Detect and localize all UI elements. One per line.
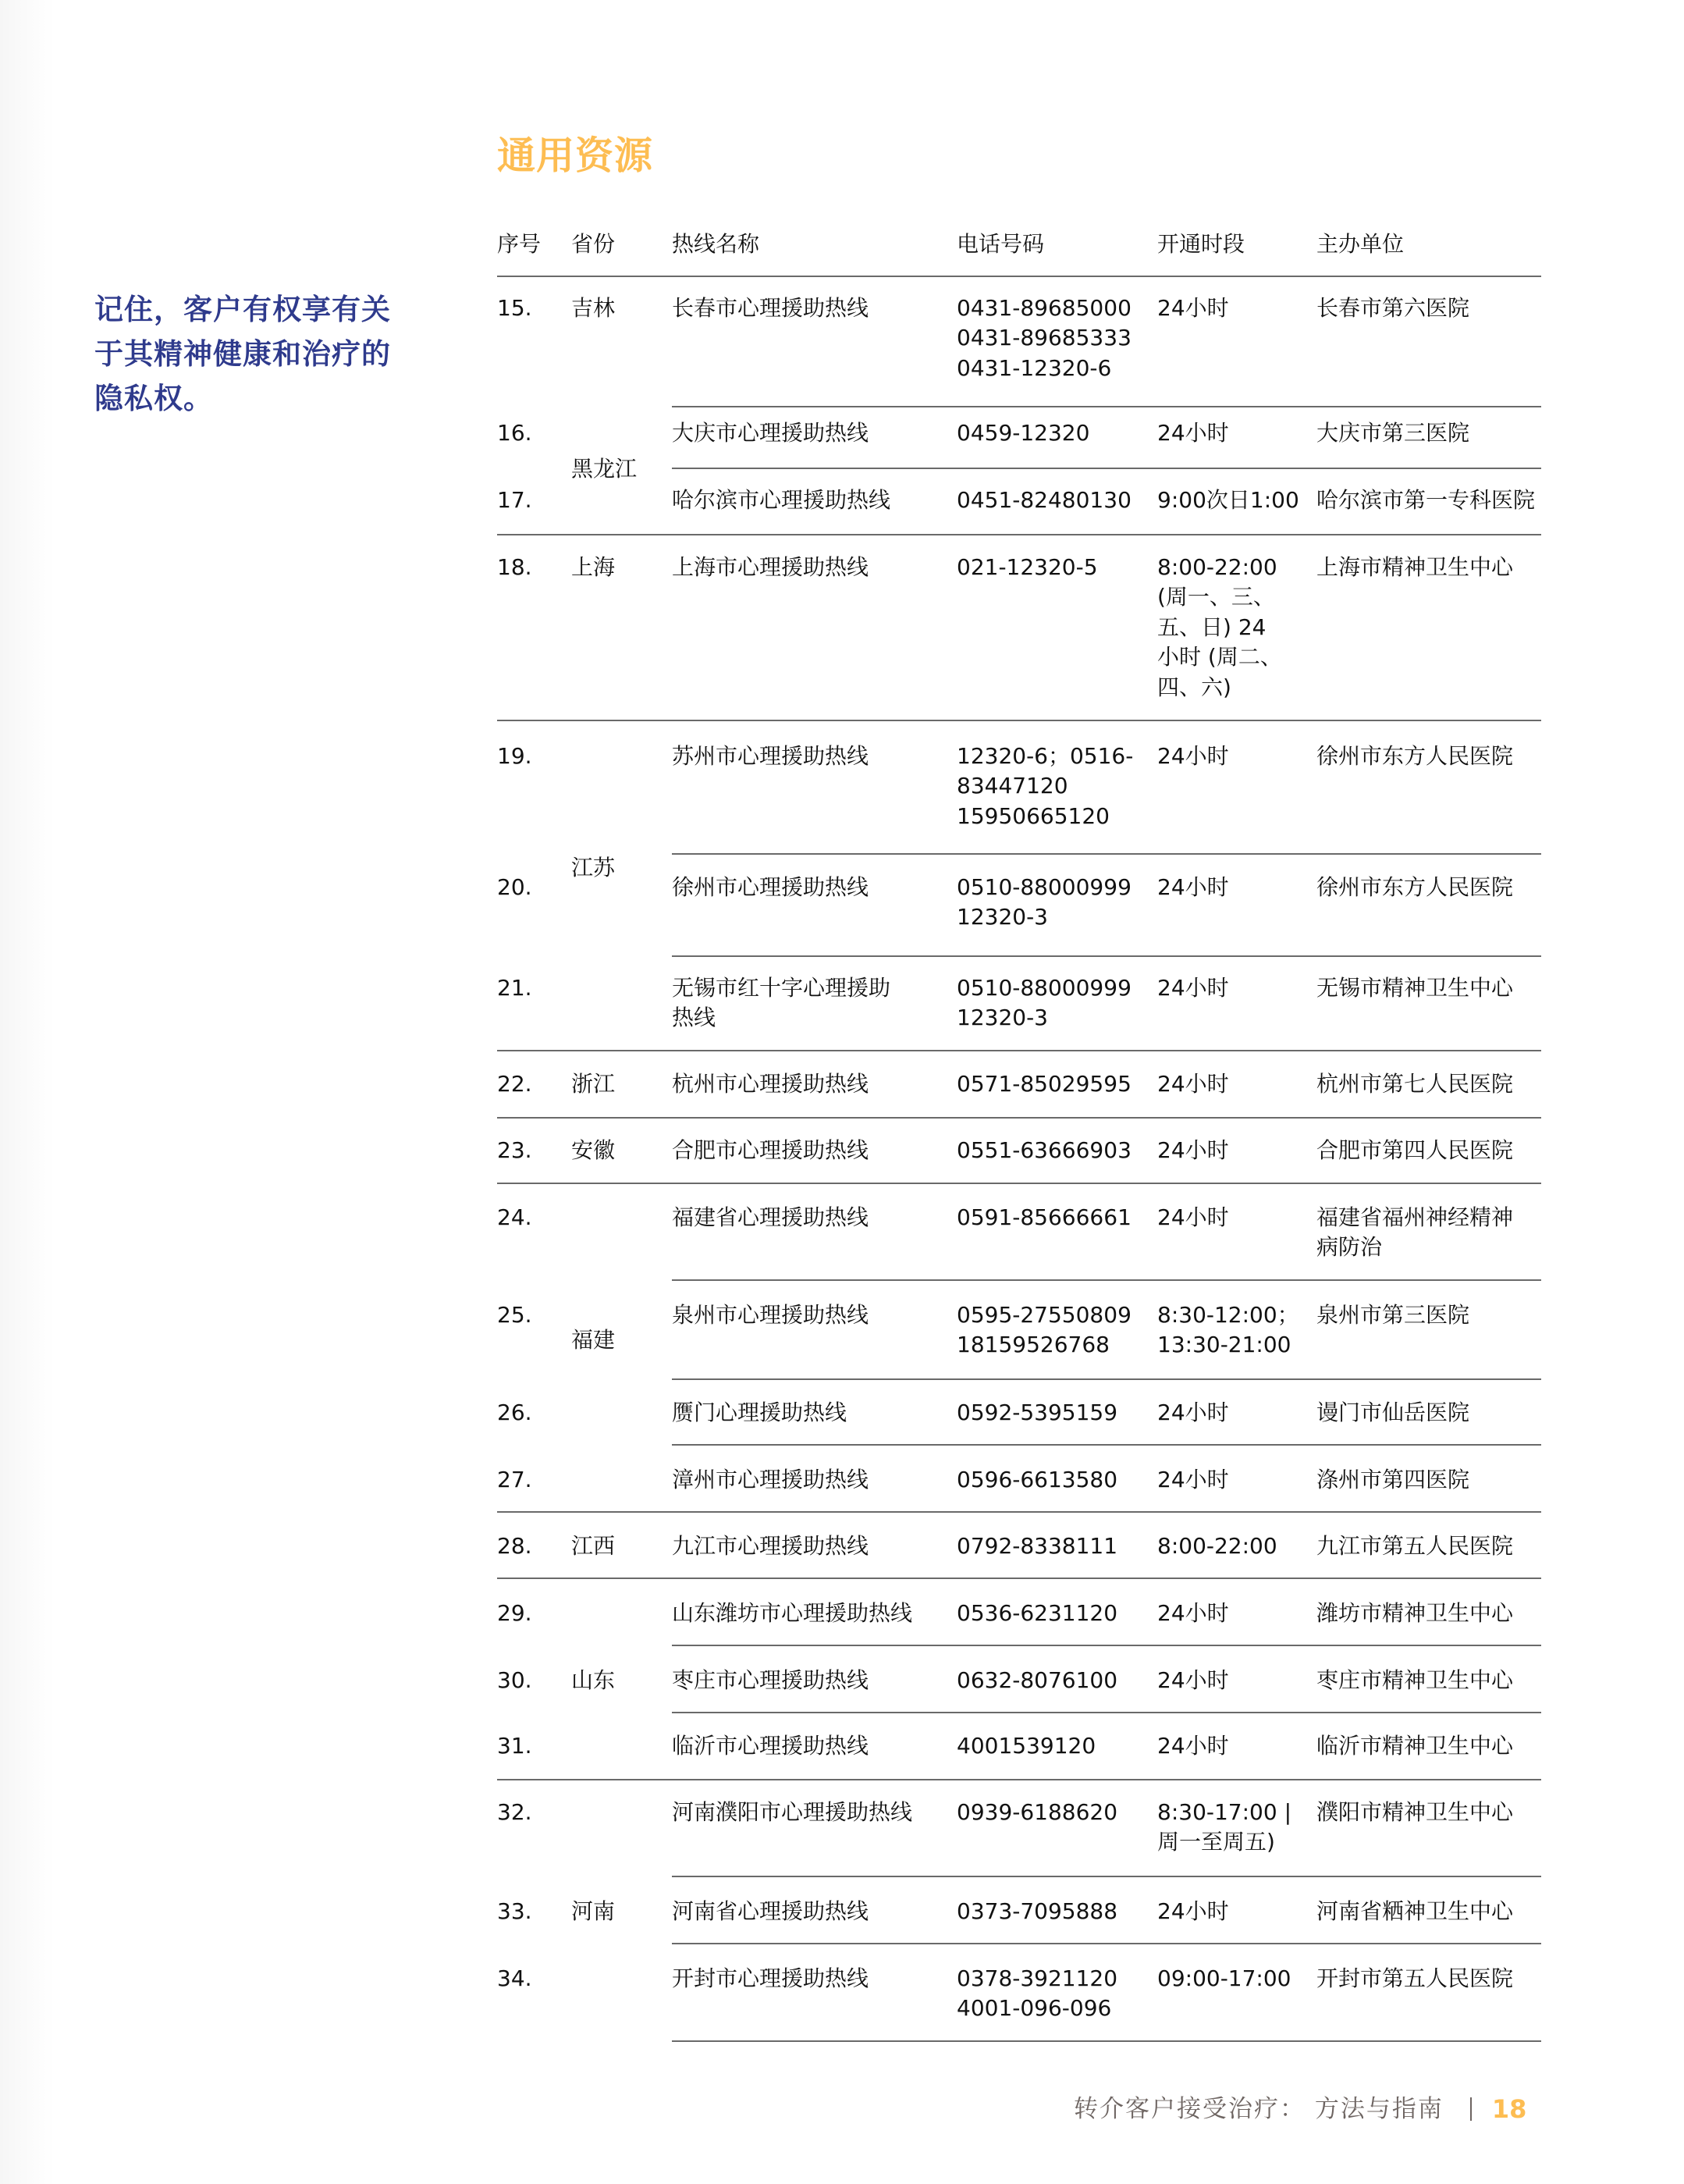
organizer-cell: 大庆市第三医院 [1316, 418, 1469, 449]
organizer-cell: 无锡市精神卫生中心 [1316, 973, 1513, 1004]
page-edge-shadow [0, 0, 55, 2184]
service-hours-cell: 24小时 [1157, 1465, 1229, 1496]
organizer-line: 开封市第五人民医院 [1316, 1964, 1513, 1994]
organizer-cell: 九江市第五人民医院 [1316, 1531, 1513, 1562]
footer-document-title: 转介客户接受治疗： 方法与指南 [1074, 2093, 1444, 2125]
phone-number-line: 0459-12320 [957, 418, 1089, 449]
phone-number-line: 0632-8076100 [957, 1666, 1117, 1696]
callout-line-1: 记住，客户有权享有关 [94, 287, 422, 332]
organizer-cell: 枣庄市精神卫生中心 [1316, 1666, 1513, 1696]
service-hours-cell: 09:00-17:00 [1157, 1964, 1291, 1994]
service-hours-cell: 8:00-22:00(周一、三、五、日) 24小时 (周二、四、六) [1157, 553, 1282, 703]
service-hours-cell: 24小时 [1157, 293, 1229, 324]
service-hours-cell: 24小时 [1157, 1136, 1229, 1166]
service-hours-cell: 24小时 [1157, 973, 1229, 1004]
row-number: 30. [497, 1666, 532, 1696]
phone-number-line: 83447120 [957, 771, 1133, 802]
header-seq: 序号 [497, 229, 541, 259]
phone-number-line: 0510-88000999 [957, 973, 1132, 1004]
organizer-cell: 涤州市第四医院 [1316, 1465, 1469, 1496]
service-hours-line: 24小时 [1157, 742, 1229, 772]
phone-number-cell: 0571-85029595 [957, 1069, 1132, 1100]
phone-number-line: 18159526768 [957, 1330, 1132, 1361]
organizer-cell: 福建省福州神经精神病防治 [1316, 1203, 1513, 1263]
service-hours-line: 小时 (周二、 [1157, 642, 1282, 673]
row-divider [497, 1117, 1541, 1119]
phone-number-cell: 0792-8338111 [957, 1531, 1117, 1562]
service-hours-cell: 9:00次日1:00 [1157, 486, 1299, 516]
header-phone: 电话号码 [957, 229, 1044, 259]
hotline-name-cell: 赝门心理援助热线 [672, 1398, 847, 1428]
phone-number-cell: 0536-6231120 [957, 1599, 1117, 1629]
row-divider [672, 2040, 1541, 2042]
hotline-name-cell: 苏州市心理援助热线 [672, 742, 869, 772]
hotline-name-line: 上海市心理援助热线 [672, 553, 869, 583]
service-hours-line: (周一、三、 [1157, 582, 1282, 613]
hotline-name-cell: 河南濮阳市心理援助热线 [672, 1798, 912, 1828]
service-hours-line: 24小时 [1157, 873, 1229, 903]
row-divider [497, 1183, 1541, 1184]
row-number: 16. [497, 418, 532, 449]
phone-number-line: 0591-85666661 [957, 1203, 1132, 1233]
service-hours-line: 24小时 [1157, 293, 1229, 324]
phone-number-line: 12320-3 [957, 1003, 1132, 1033]
hotline-name-line: 无锡市红十字心理援助 [672, 973, 890, 1004]
province-label: 江苏 [571, 853, 615, 884]
service-hours-cell: 24小时 [1157, 418, 1229, 449]
header-rule [497, 276, 1541, 277]
hotline-name-line: 临沂市心理援助热线 [672, 1731, 869, 1762]
service-hours-line: 8:00-22:00 [1157, 553, 1282, 583]
hotline-name-cell: 无锡市红十字心理援助热线 [672, 973, 890, 1033]
organizer-cell: 合肥市第四人民医院 [1316, 1136, 1513, 1166]
row-divider [672, 955, 1541, 957]
phone-number-cell: 0510-8800099912320-3 [957, 873, 1132, 933]
organizer-cell: 长春市第六医院 [1316, 293, 1469, 324]
service-hours-line: 24小时 [1157, 1203, 1229, 1233]
organizer-cell: 河南省粞神卫生中心 [1316, 1897, 1513, 1927]
hotline-name-line: 赝门心理援助热线 [672, 1398, 847, 1428]
row-divider [672, 853, 1541, 855]
row-number: 34. [497, 1964, 532, 1994]
phone-number-line: 0431-89685333 [957, 323, 1132, 354]
row-divider [672, 1876, 1541, 1877]
phone-number-line: 0536-6231120 [957, 1599, 1117, 1629]
row-number: 27. [497, 1465, 532, 1496]
phone-number-cell: 0510-8800099912320-3 [957, 973, 1132, 1033]
hotline-name-line: 福建省心理援助热线 [672, 1203, 869, 1233]
row-divider [497, 1578, 1541, 1579]
row-number: 32. [497, 1798, 532, 1828]
hotline-name-line: 合肥市心理援助热线 [672, 1136, 869, 1166]
phone-number-line: 0373-7095888 [957, 1897, 1117, 1927]
organizer-line: 长春市第六医院 [1316, 293, 1469, 324]
organizer-cell: 哈尔滨市第一专科医院 [1316, 486, 1535, 516]
row-number: 21. [497, 973, 532, 1004]
service-hours-line: 09:00-17:00 [1157, 1964, 1291, 1994]
organizer-line: 福建省福州神经精神 [1316, 1203, 1513, 1233]
service-hours-line: 四、六) [1157, 673, 1282, 703]
organizer-line: 上海市精神卫生中心 [1316, 553, 1513, 583]
hotline-name-line: 杭州市心理援助热线 [672, 1069, 869, 1100]
organizer-cell: 上海市精神卫生中心 [1316, 553, 1513, 583]
province-label: 上海 [571, 553, 615, 583]
organizer-line: 濮阳市精神卫生中心 [1316, 1798, 1513, 1828]
organizer-line: 徐州市东方人民医院 [1316, 742, 1513, 772]
hotline-name-line: 枣庄市心理援助热线 [672, 1666, 869, 1696]
hotline-name-line: 漳州市心理援助热线 [672, 1465, 869, 1496]
row-number: 33. [497, 1897, 532, 1927]
province-label: 吉林 [571, 293, 615, 324]
service-hours-cell: 24小时 [1157, 1069, 1229, 1100]
hotline-name-line: 大庆市心理援助热线 [672, 418, 869, 449]
row-divider [497, 1779, 1541, 1780]
header-hours: 开通时段 [1157, 229, 1245, 259]
service-hours-cell: 24小时 [1157, 1599, 1229, 1629]
service-hours-line: 24小时 [1157, 1897, 1229, 1927]
organizer-line: 杭州市第七人民医院 [1316, 1069, 1513, 1100]
callout-line-3: 隐私权。 [94, 376, 422, 421]
hotline-name-cell: 福建省心理援助热线 [672, 1203, 869, 1233]
service-hours-line: 24小时 [1157, 973, 1229, 1004]
service-hours-cell: 8:00-22:00 [1157, 1531, 1277, 1562]
hotline-name-line: 山东潍坊市心理援助热线 [672, 1599, 912, 1629]
organizer-line: 涤州市第四医院 [1316, 1465, 1469, 1496]
phone-number-line: 0431-89685000 [957, 293, 1132, 324]
hotline-name-cell: 长春市心理援助热线 [672, 293, 869, 324]
phone-number-line: 4001539120 [957, 1731, 1096, 1762]
organizer-cell: 濮阳市精神卫生中心 [1316, 1798, 1513, 1828]
phone-number-cell: 0591-85666661 [957, 1203, 1132, 1233]
phone-number-line: 0378-3921120 [957, 1964, 1117, 1994]
row-divider [672, 1645, 1541, 1646]
phone-number-cell: 0378-39211204001-096-096 [957, 1964, 1117, 2024]
organizer-line: 大庆市第三医院 [1316, 418, 1469, 449]
phone-number-cell: 0595-2755080918159526768 [957, 1300, 1132, 1361]
organizer-cell: 徐州市东方人民医院 [1316, 873, 1513, 903]
service-hours-line: 五、日) 24 [1157, 613, 1282, 643]
section-title: 通用资源 [497, 133, 653, 180]
service-hours-cell: 8:30-12:00；13:30-21:00 [1157, 1300, 1299, 1361]
hotline-name-line: 热线 [672, 1003, 890, 1033]
phone-number-line: 0551-63666903 [957, 1136, 1132, 1166]
service-hours-cell: 24小时 [1157, 1203, 1229, 1233]
phone-number-line: 0592-5395159 [957, 1398, 1117, 1428]
hotline-name-cell: 上海市心理援助热线 [672, 553, 869, 583]
hotline-name-cell: 泉州市心理援助热线 [672, 1300, 869, 1331]
organizer-cell: 开封市第五人民医院 [1316, 1964, 1513, 1994]
hotline-name-line: 苏州市心理援助热线 [672, 742, 869, 772]
phone-number-cell: 0596-6613580 [957, 1465, 1117, 1496]
hotline-name-cell: 河南省心理援助热线 [672, 1897, 869, 1927]
organizer-line: 临沂市精神卫生中心 [1316, 1731, 1513, 1762]
row-divider [497, 1511, 1541, 1513]
phone-number-cell: 0451-82480130 [957, 486, 1132, 516]
row-divider [672, 1378, 1541, 1380]
service-hours-line: 8:30-17:00 | [1157, 1798, 1291, 1828]
organizer-cell: 泉州市第三医院 [1316, 1300, 1469, 1331]
phone-number-line: 0431-12320-6 [957, 354, 1132, 384]
organizer-line: 病防治 [1316, 1233, 1513, 1263]
service-hours-cell: 24小时 [1157, 1666, 1229, 1696]
phone-number-line: 12320-6；0516- [957, 742, 1133, 772]
phone-number-cell: 021-12320-5 [957, 553, 1098, 583]
phone-number-line: 0451-82480130 [957, 486, 1132, 516]
row-number: 19. [497, 742, 532, 772]
service-hours-cell: 24小时 [1157, 1731, 1229, 1762]
hotline-name-line: 长春市心理援助热线 [672, 293, 869, 324]
phone-number-cell: 0632-8076100 [957, 1666, 1117, 1696]
hotline-name-cell: 合肥市心理援助热线 [672, 1136, 869, 1166]
organizer-cell: 临沂市精神卫生中心 [1316, 1731, 1513, 1762]
phone-number-cell: 12320-6；0516-8344712015950665120 [957, 742, 1133, 832]
row-number: 17. [497, 486, 532, 516]
phone-number-line: 15950665120 [957, 802, 1133, 832]
row-divider [672, 1712, 1541, 1713]
phone-number-cell: 0939-6188620 [957, 1798, 1117, 1828]
phone-number-line: 0939-6188620 [957, 1798, 1117, 1828]
row-number: 23. [497, 1136, 532, 1166]
organizer-cell: 徐州市东方人民医院 [1316, 742, 1513, 772]
header-hotline-name: 热线名称 [672, 229, 759, 259]
service-hours-line: 24小时 [1157, 1666, 1229, 1696]
privacy-callout: 记住，客户有权享有关 于其精神健康和治疗的 隐私权。 [94, 287, 422, 421]
service-hours-cell: 24小时 [1157, 1398, 1229, 1428]
row-number: 15. [497, 293, 532, 324]
province-label: 山东 [571, 1666, 615, 1696]
hotline-name-cell: 临沂市心理援助热线 [672, 1731, 869, 1762]
row-number: 28. [497, 1531, 532, 1562]
callout-line-2: 于其精神健康和治疗的 [94, 332, 422, 376]
row-number: 20. [497, 873, 532, 903]
phone-number-cell: 0459-12320 [957, 418, 1089, 449]
phone-number-cell: 0551-63666903 [957, 1136, 1132, 1166]
service-hours-line: 24小时 [1157, 418, 1229, 449]
service-hours-line: 9:00次日1:00 [1157, 486, 1299, 516]
phone-number-line: 0595-27550809 [957, 1300, 1132, 1331]
province-label: 黑龙江 [571, 454, 637, 485]
phone-number-line: 4001-096-096 [957, 1994, 1117, 2024]
hotline-name-cell: 开封市心理援助热线 [672, 1964, 869, 1994]
organizer-line: 无锡市精神卫生中心 [1316, 973, 1513, 1004]
footer-divider [1470, 2097, 1472, 2121]
province-label: 浙江 [571, 1069, 615, 1100]
page-footer: 转介客户接受治疗： 方法与指南 18 [1074, 2093, 1526, 2125]
hotline-name-line: 河南濮阳市心理援助热线 [672, 1798, 912, 1828]
hotline-name-cell: 枣庄市心理援助热线 [672, 1666, 869, 1696]
row-number: 24. [497, 1203, 532, 1233]
header-organizer: 主办单位 [1316, 229, 1404, 259]
province-label: 安徽 [571, 1136, 615, 1166]
province-label: 河南 [571, 1897, 615, 1927]
hotline-name-cell: 大庆市心理援助热线 [672, 418, 869, 449]
service-hours-line: 24小时 [1157, 1731, 1229, 1762]
phone-number-line: 0596-6613580 [957, 1465, 1117, 1496]
row-number: 22. [497, 1069, 532, 1100]
organizer-cell: 谩门市仙岳医院 [1316, 1398, 1469, 1428]
phone-number-cell: 0592-5395159 [957, 1398, 1117, 1428]
row-divider [672, 468, 1541, 469]
row-number: 18. [497, 553, 532, 583]
service-hours-line: 8:00-22:00 [1157, 1531, 1277, 1562]
phone-number-line: 0571-85029595 [957, 1069, 1132, 1100]
organizer-line: 潍坊市精神卫生中心 [1316, 1599, 1513, 1629]
province-label: 江西 [571, 1531, 615, 1562]
row-divider [497, 720, 1541, 721]
hotline-name-line: 哈尔滨市心理援助热线 [672, 486, 890, 516]
row-divider [672, 1279, 1541, 1281]
service-hours-cell: 24小时 [1157, 873, 1229, 903]
phone-number-line: 021-12320-5 [957, 553, 1098, 583]
hotline-name-line: 泉州市心理援助热线 [672, 1300, 869, 1331]
organizer-line: 枣庄市精神卫生中心 [1316, 1666, 1513, 1696]
hotline-name-line: 河南省心理援助热线 [672, 1897, 869, 1927]
phone-number-cell: 4001539120 [957, 1731, 1096, 1762]
organizer-line: 谩门市仙岳医院 [1316, 1398, 1469, 1428]
row-divider [672, 1444, 1541, 1446]
organizer-cell: 潍坊市精神卫生中心 [1316, 1599, 1513, 1629]
service-hours-line: 8:30-12:00； [1157, 1300, 1299, 1331]
organizer-cell: 杭州市第七人民医院 [1316, 1069, 1513, 1100]
organizer-line: 泉州市第三医院 [1316, 1300, 1469, 1331]
organizer-line: 九江市第五人民医院 [1316, 1531, 1513, 1562]
page-number: 18 [1492, 2093, 1527, 2125]
organizer-line: 合肥市第四人民医院 [1316, 1136, 1513, 1166]
phone-number-line: 12320-3 [957, 902, 1132, 933]
row-number: 31. [497, 1731, 532, 1762]
hotline-name-cell: 杭州市心理援助热线 [672, 1069, 869, 1100]
service-hours-cell: 24小时 [1157, 1897, 1229, 1927]
service-hours-line: 24小时 [1157, 1465, 1229, 1496]
hotline-name-line: 徐州市心理援助热线 [672, 873, 869, 903]
row-number: 25. [497, 1300, 532, 1331]
service-hours-line: 24小时 [1157, 1069, 1229, 1100]
service-hours-line: 24小时 [1157, 1136, 1229, 1166]
organizer-line: 哈尔滨市第一专科医院 [1316, 486, 1535, 516]
row-divider [672, 406, 1541, 407]
row-divider [497, 534, 1541, 535]
phone-number-line: 0510-88000999 [957, 873, 1132, 903]
hotline-name-cell: 徐州市心理援助热线 [672, 873, 869, 903]
service-hours-line: 13:30-21:00 [1157, 1330, 1299, 1361]
province-label: 福建 [571, 1325, 615, 1356]
header-province: 省份 [571, 229, 615, 259]
row-divider [672, 1943, 1541, 1944]
hotline-name-cell: 哈尔滨市心理援助热线 [672, 486, 890, 516]
hotline-name-line: 开封市心理援助热线 [672, 1964, 869, 1994]
service-hours-line: 周一至周五) [1157, 1827, 1291, 1858]
service-hours-line: 24小时 [1157, 1398, 1229, 1428]
phone-number-line: 0792-8338111 [957, 1531, 1117, 1562]
service-hours-cell: 24小时 [1157, 742, 1229, 772]
service-hours-line: 24小时 [1157, 1599, 1229, 1629]
hotline-name-cell: 山东潍坊市心理援助热线 [672, 1599, 912, 1629]
row-number: 26. [497, 1398, 532, 1428]
hotline-name-cell: 漳州市心理援助热线 [672, 1465, 869, 1496]
phone-number-cell: 0373-7095888 [957, 1897, 1117, 1927]
organizer-line: 徐州市东方人民医院 [1316, 873, 1513, 903]
row-divider [497, 1050, 1541, 1051]
service-hours-cell: 8:30-17:00 |周一至周五) [1157, 1798, 1291, 1858]
phone-number-cell: 0431-896850000431-896853330431-12320-6 [957, 293, 1132, 384]
row-number: 29. [497, 1599, 532, 1629]
hotline-name-line: 九江市心理援助热线 [672, 1531, 869, 1562]
hotline-name-cell: 九江市心理援助热线 [672, 1531, 869, 1562]
organizer-line: 河南省粞神卫生中心 [1316, 1897, 1513, 1927]
